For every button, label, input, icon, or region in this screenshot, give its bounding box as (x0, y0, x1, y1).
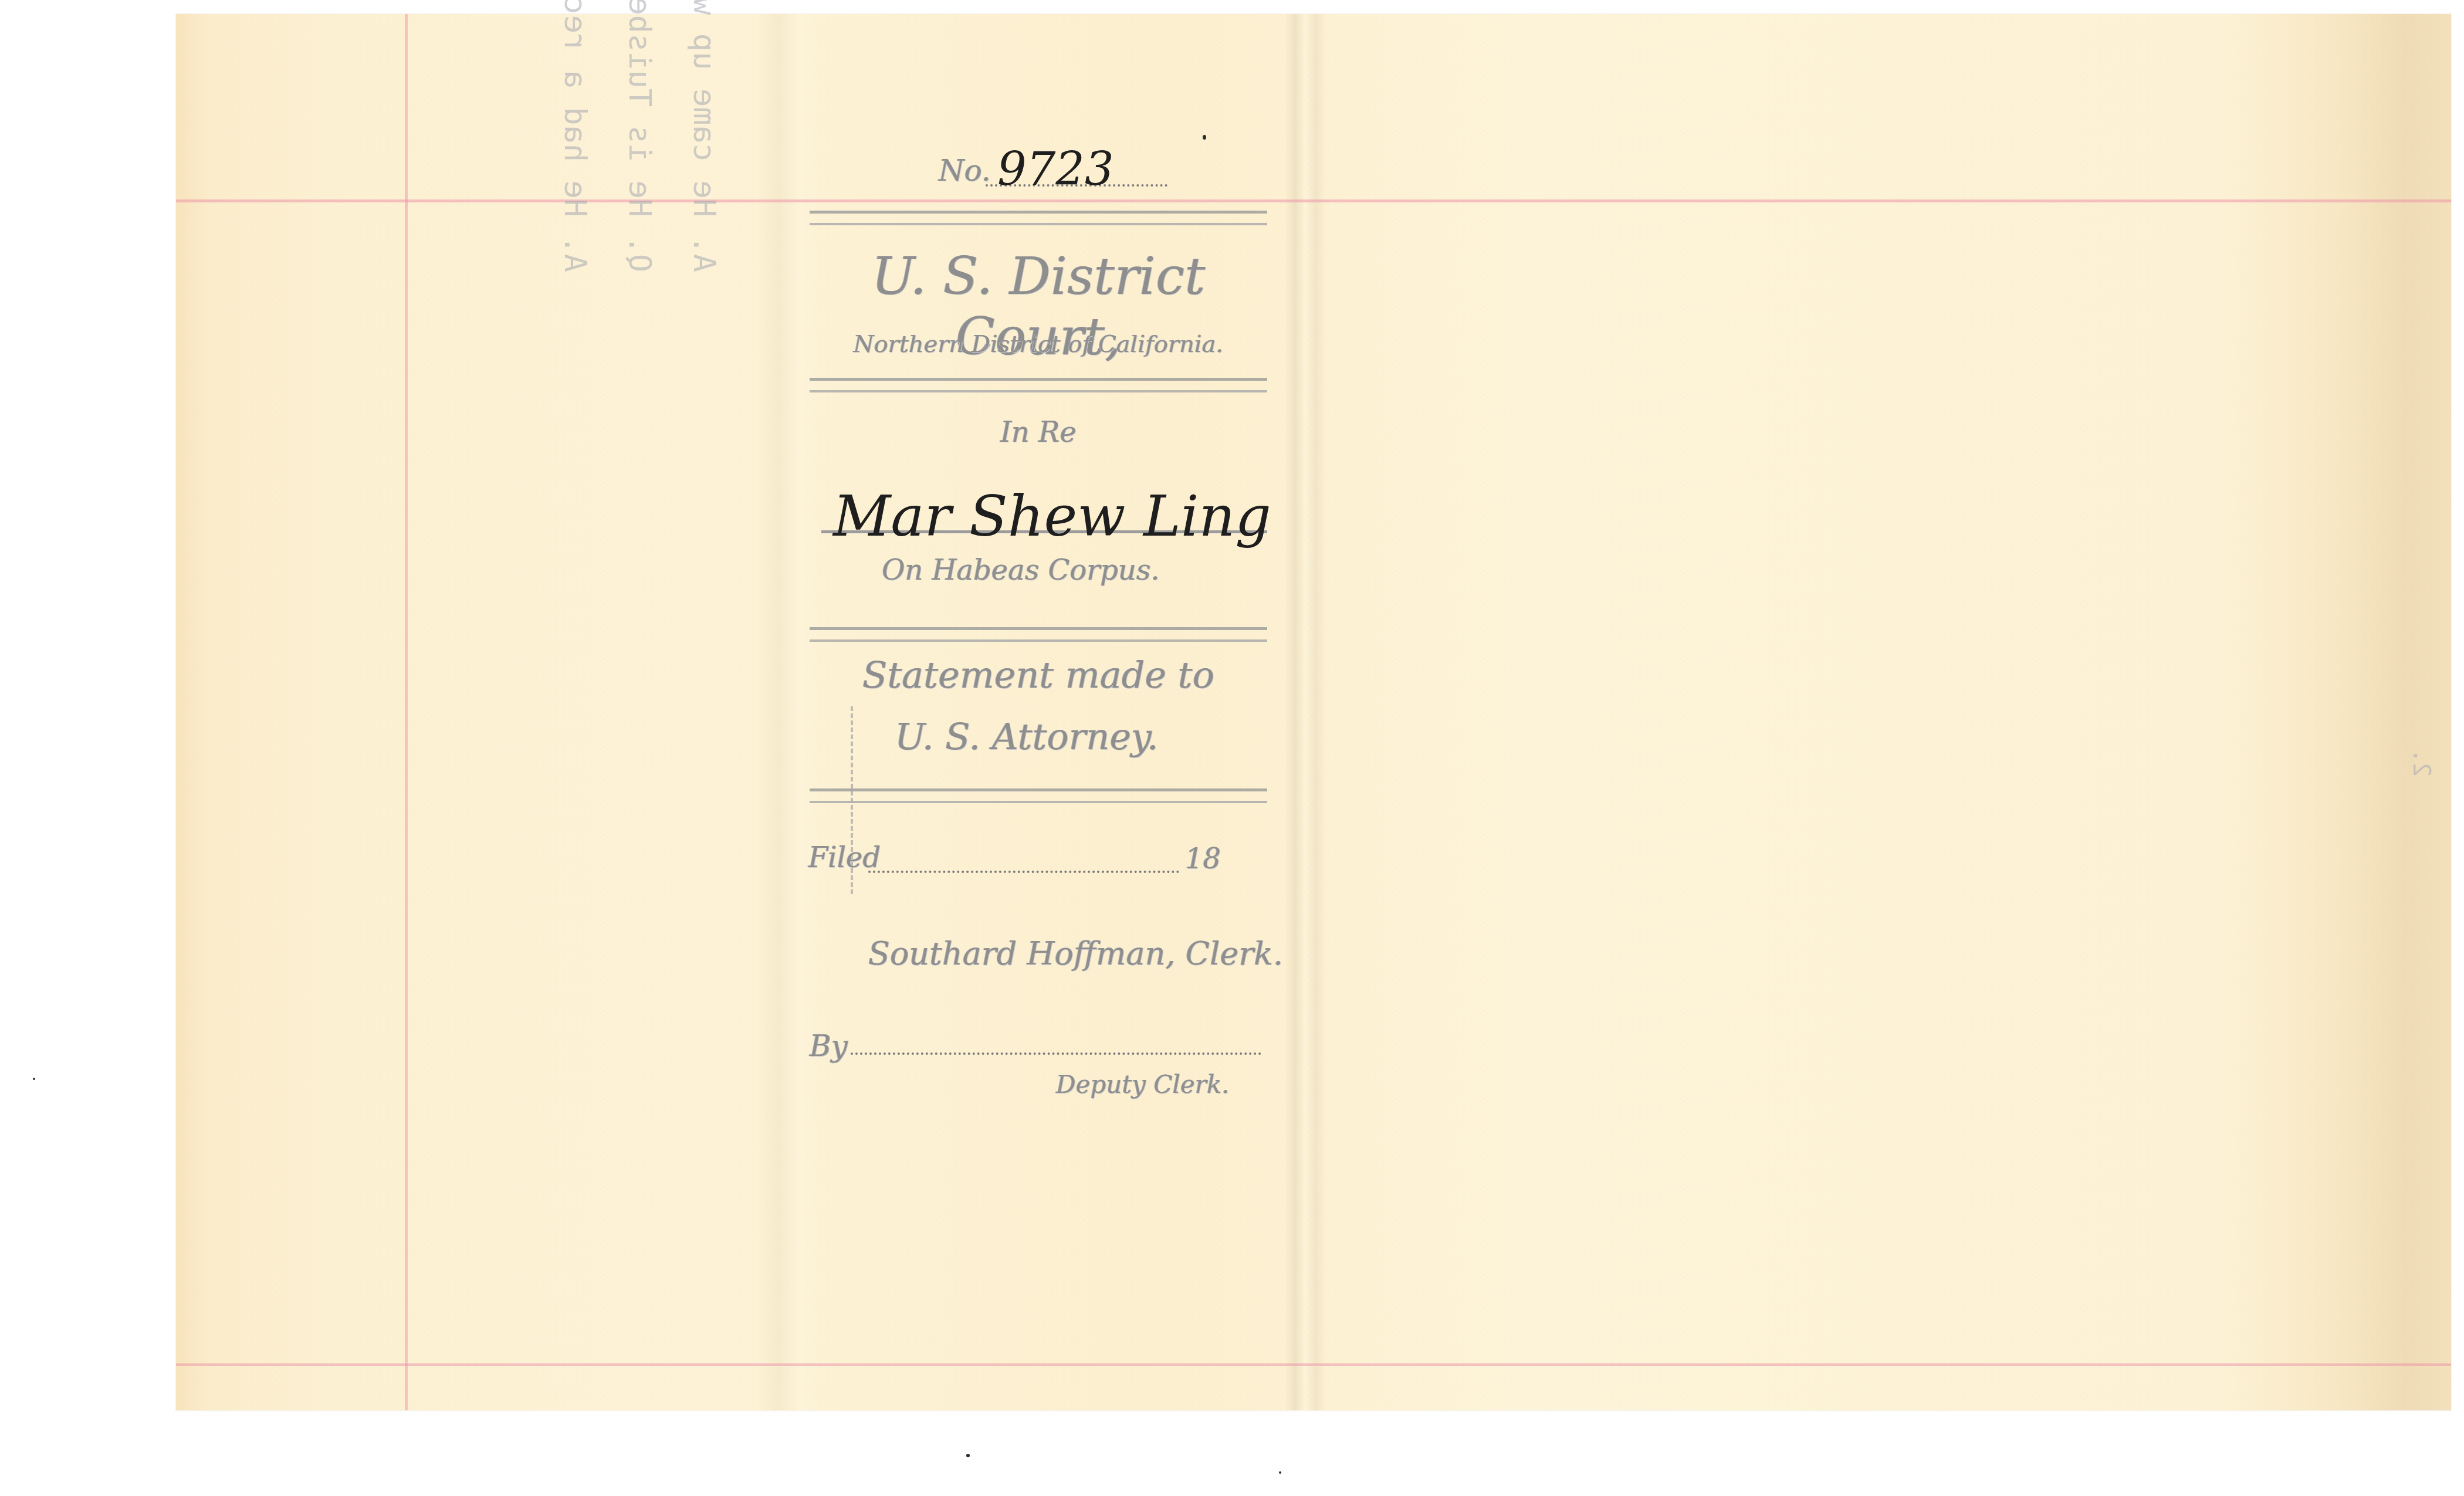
scan-speck (33, 1078, 35, 1080)
case-number-label: No. (939, 154, 991, 188)
pink-rule-bottom (176, 1363, 2451, 1366)
clerk-name: Southard Hoffman, Clerk. (868, 935, 1283, 972)
proceeding-type: On Habeas Corpus. (786, 554, 1255, 587)
rule-after-district (810, 378, 1267, 392)
bleed-through-line-1: A. He came up with me, and it settle in … (686, 0, 722, 272)
pink-margin-rule (405, 14, 408, 1410)
rule-before-title (810, 627, 1267, 642)
title-line-2: U. S. Attorney. (792, 715, 1261, 758)
bleed-through-line-2: Q. He is Tuisbeq? ... the lawy? (622, 0, 657, 272)
by-label: By (810, 1029, 848, 1063)
district-name: Northern District of California. (804, 331, 1273, 358)
scan-speck (1279, 1471, 1281, 1474)
deputy-signature-line (851, 1052, 1261, 1055)
petitioner-name: Mar Shew Ling (833, 483, 1271, 549)
document-page: A. He came up with me, and it settle in … (176, 14, 2451, 1410)
rule-top (810, 211, 1267, 225)
ink-speck (1203, 135, 1206, 140)
title-line-1: Statement made to (804, 654, 1273, 696)
case-number: 9723 (997, 143, 1114, 196)
bleed-through-line-3: A. He had a receipt certificate, and the… (557, 0, 593, 272)
deputy-clerk-label: Deputy Clerk. (1056, 1070, 1230, 1099)
filed-label: Filed (808, 841, 881, 874)
docket-endorsement-panel: No. 9723 U. S. District Court, Northern … (804, 14, 1302, 1410)
filed-date-line (868, 871, 1179, 873)
bleed-through-page-mark: 2. (2408, 749, 2435, 777)
scan-speck (966, 1454, 970, 1457)
pink-rule-top (176, 199, 2451, 202)
rule-after-title (810, 788, 1267, 803)
in-re-label: In Re (804, 416, 1273, 449)
filed-year-prefix: 18 (1185, 842, 1221, 875)
